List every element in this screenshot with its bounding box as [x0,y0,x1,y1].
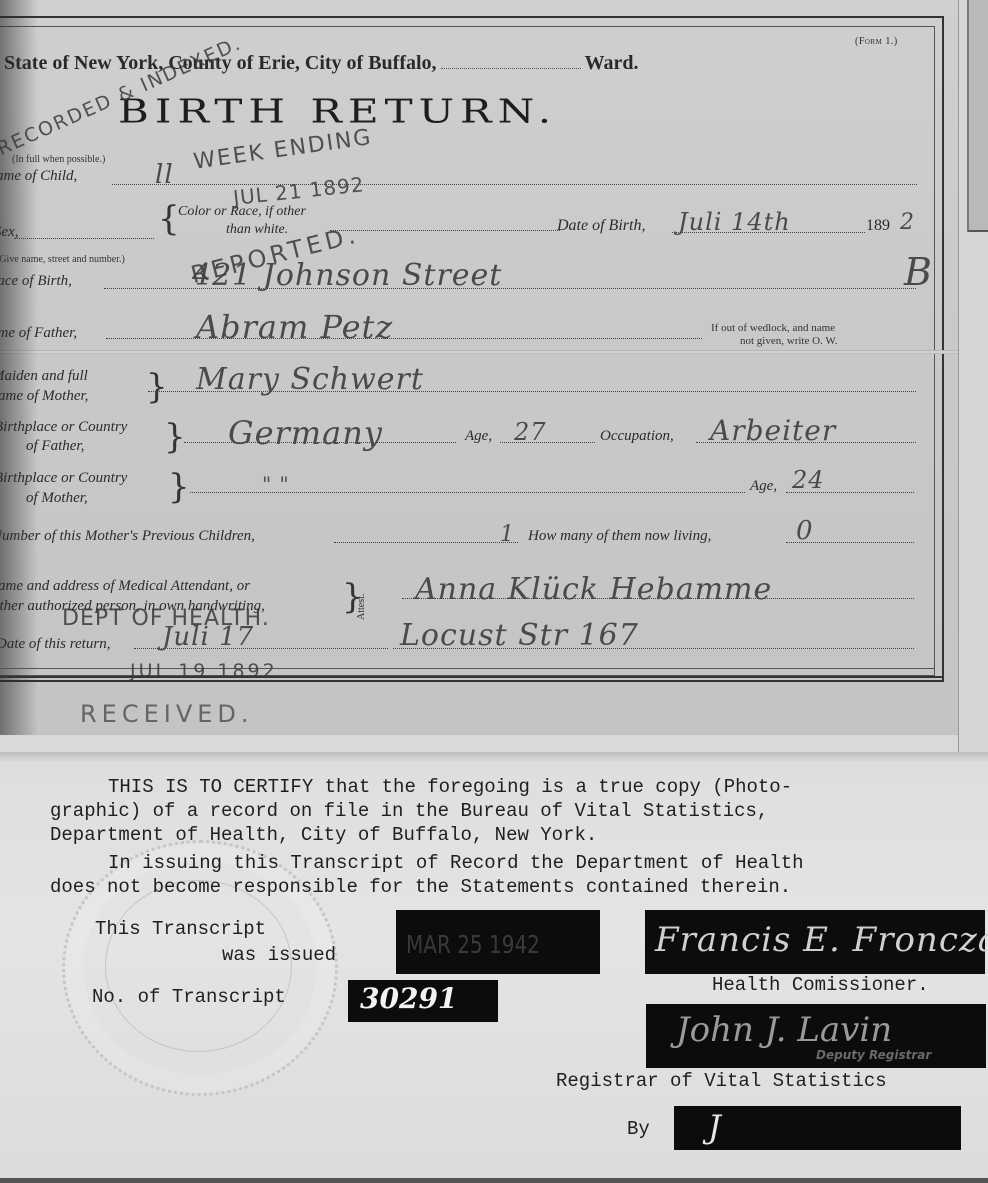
return-date-label: Date of this return, [0,636,110,653]
deputy-registrar-stamp: Deputy Registrar [816,1048,931,1062]
attendant-label-1: Name and address of Medical Attendant, o… [0,578,250,595]
disclaimer-line-1: In issuing this Transcript of Record the… [108,852,804,874]
occupation-label: Occupation, [600,428,674,445]
prev-children-label: Number of this Mother's Previous Childre… [0,528,255,545]
page-tab [967,0,988,232]
mother-birthplace-value: " " [262,472,290,496]
received-stamp: RECEIVED. [80,700,254,728]
brace: } [168,470,190,504]
occupation-value: Arbeiter [710,414,836,447]
form-title: BIRTH RETURN. [118,92,557,130]
registrar-signature: John J. Lavin [676,1010,892,1050]
mother-value: Mary Schwert [196,362,424,397]
brace: } [146,370,168,404]
living-label: How many of them now living, [528,528,711,545]
dob-year-written: 2 [900,210,915,235]
attendant-name-value: Anna Klück Hebamme [415,572,772,607]
sex-line [14,238,154,239]
certify-line-2: graphic) of a record on file in the Bure… [50,800,768,822]
father-birthplace-label-2: of Father, [26,438,84,455]
commissioner-signature: Francis E. Fronczak [655,920,988,960]
father-age-value: 27 [514,418,547,446]
issued-label-1: This Transcript [95,918,266,940]
embossed-seal-inner [105,880,292,1052]
wedlock-note-1: If out of wedlock, and name [711,322,835,334]
mother-label-2: Name of Mother, [0,388,88,405]
dept-of-health-stamp: DEPT OF HEALTH. [62,606,270,631]
paper-fold [0,350,958,354]
by-signature-box: J [674,1106,961,1150]
issued-date-box: MAR 25 1942 [396,910,600,974]
dob-label: Date of Birth, [557,217,645,235]
certify-line-3: Department of Health, City of Buffalo, N… [50,824,597,846]
issued-label-2: was issued [222,944,336,966]
received-date-stamp: JUL 19 1892 [130,660,278,682]
attest-label: Attest. [356,594,367,620]
father-value: Abram Petz [196,308,393,346]
dob-value: Juli 14th [678,208,791,236]
registrar-signature-box: John J. Lavin Deputy Registrar [646,1004,986,1068]
transcript-number-box: 30291 [348,980,498,1022]
attendant-address-value: Locust Str 167 [400,618,639,653]
brace: } [164,420,186,454]
page-edge [958,0,988,780]
child-name-value: ll [155,160,174,190]
color-line [330,230,560,231]
form-header: State of New York, County of Erie, City … [4,52,638,75]
commissioner-title: Health Comissioner. [712,974,929,996]
issued-date: MAR 25 1942 [406,930,540,959]
page-bottom-edge [0,1178,988,1183]
living-value: 0 [796,516,814,546]
disclaimer-line-2: does not become responsible for the Stat… [50,876,791,898]
child-name-label: Name of Child, [0,168,77,185]
brace: { [158,202,180,236]
prev-children-value: 1 [500,522,515,547]
mother-age-label: Age, [750,478,777,495]
certify-line-1: THIS IS TO CERTIFY that the foregoing is… [108,776,792,798]
paper-edge [0,752,988,764]
number-label: No. of Transcript [92,986,286,1008]
by-label: By [627,1118,650,1140]
father-birthplace-label-1: Birthplace or Country [0,419,127,436]
margin-mark: B [904,250,933,294]
mother-age-value: 24 [792,466,825,494]
father-label: Name of Father, [0,325,77,342]
prev-children-line [334,542,518,543]
by-signature: J [708,1108,721,1146]
transcript-number: 30291 [360,982,457,1015]
form-number: (Form 1.) [855,36,898,47]
mother-birthplace-label-2: of Mother, [26,490,88,507]
mother-label-1: Maiden and full [0,368,88,385]
father-birthplace-value: Germany [228,414,383,452]
child-name-hint: (In full when possible.) [12,154,105,165]
wedlock-note-2: not given, write O. W. [740,335,837,347]
ward-label: Ward. [585,52,639,74]
commissioner-signature-box: Francis E. Fronczak [645,910,985,974]
ward-blank [441,68,581,69]
color-label-2: than white. [226,222,288,238]
father-age-label: Age, [465,428,492,445]
mother-birthplace-label-1: Birthplace or Country [0,470,127,487]
dob-year-printed: 189 [866,217,890,235]
registrar-title: Registrar of Vital Statistics [556,1070,887,1092]
place-hint: (Give name, street and number.) [0,254,125,265]
place-label: Place of Birth, [0,273,72,290]
